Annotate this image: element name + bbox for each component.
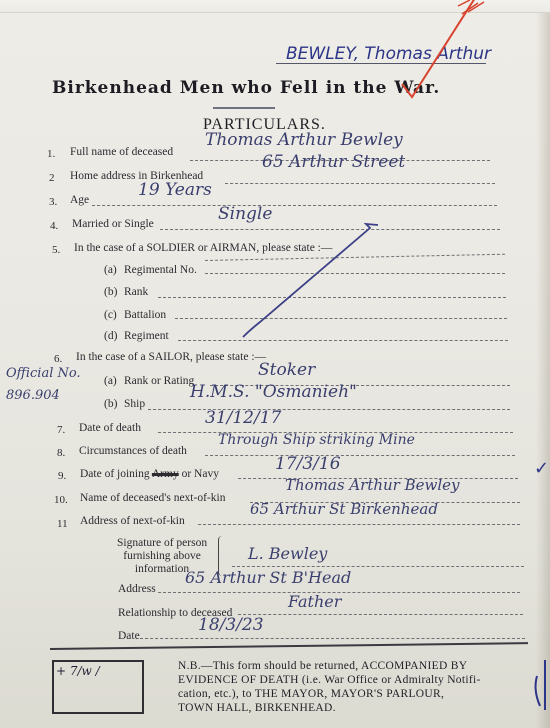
red-check-mark-icon xyxy=(402,0,475,97)
blue-cancel-stroke-icon xyxy=(243,224,378,337)
right-bracket-mark-icon xyxy=(536,676,540,706)
red-tally-marks-icon xyxy=(458,0,484,14)
pen-marks-overlay xyxy=(0,0,550,728)
